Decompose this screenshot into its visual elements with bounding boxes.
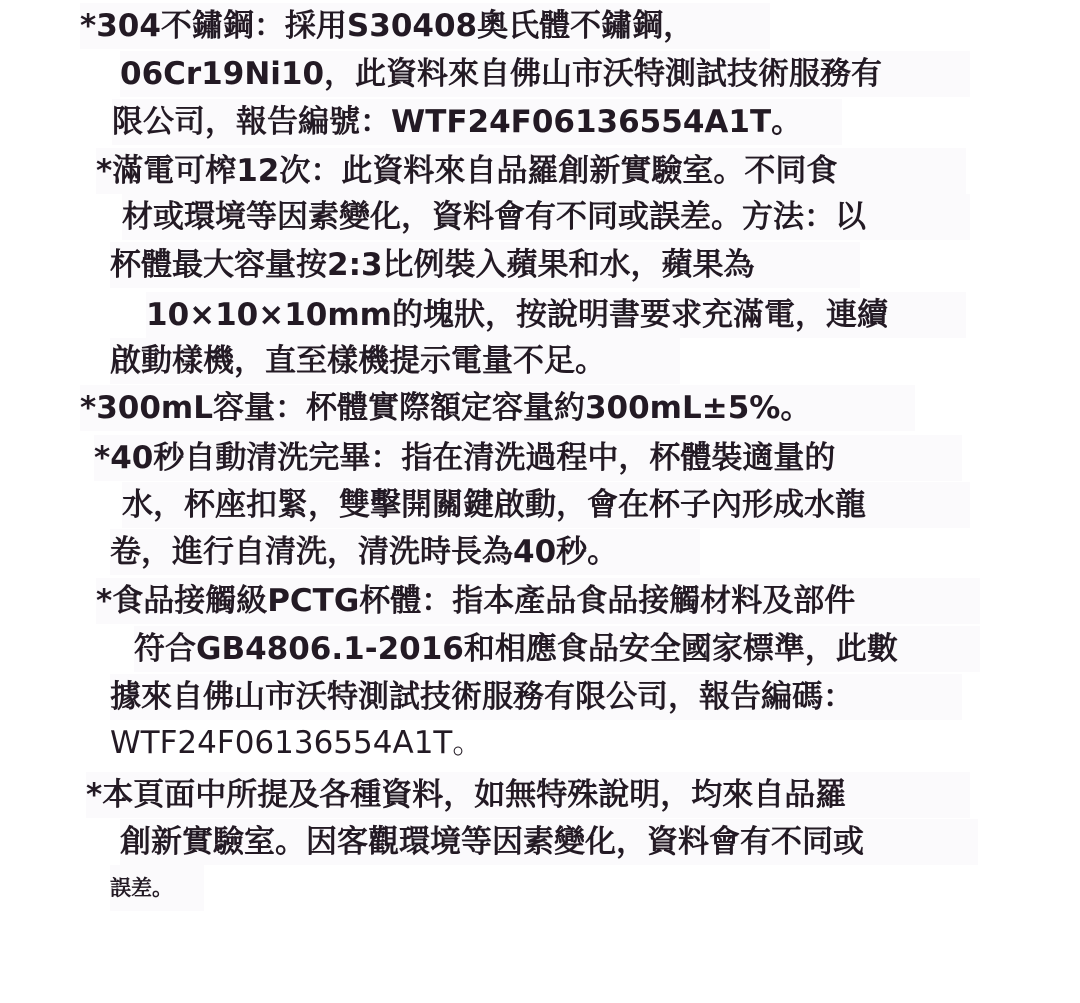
note-line: *40秒自動清洗完畢：指在清洗過程中，杯體裝適量的 xyxy=(94,435,962,481)
note-line: *304不鏽鋼：採用S30408奧氏體不鏽鋼， xyxy=(80,3,770,49)
note-line: 限公司，報告編號：WTF24F06136554A1T。 xyxy=(112,99,842,145)
note-line: 據來自佛山市沃特測試技術服務有限公司，報告編碼： xyxy=(110,674,962,720)
note-line: *滿電可榨12次：此資料來自品羅創新實驗室。不同食 xyxy=(96,148,966,194)
note-line: 創新實驗室。因客觀環境等因素變化，資料會有不同或 xyxy=(120,819,978,865)
note-line: WTF24F06136554A1T。 xyxy=(110,720,530,766)
note-line: 水，杯座扣緊，雙擊開關鍵啟動，會在杯子內形成水龍 xyxy=(122,482,970,528)
note-line: 啟動樣機，直至樣機提示電量不足。 xyxy=(110,338,680,384)
note-line: 10×10×10mm的塊狀，按說明書要求充滿電，連續 xyxy=(146,292,966,338)
note-line: 杯體最大容量按2:3比例裝入蘋果和水，蘋果為 xyxy=(110,242,860,288)
note-line: *食品接觸級PCTG杯體：指本產品食品接觸材料及部件 xyxy=(96,578,980,624)
note-line: *本頁面中所提及各種資料，如無特殊說明，均來自品羅 xyxy=(86,772,970,818)
note-line: 06Cr19Ni10，此資料來自佛山市沃特測試技術服務有 xyxy=(120,51,970,97)
note-line: 材或環境等因素變化，資料會有不同或誤差。方法：以 xyxy=(122,194,970,240)
note-line: 誤差。 xyxy=(110,865,204,911)
note-line: 符合GB4806.1-2016和相應食品安全國家標準，此數 xyxy=(134,626,980,672)
note-line: 卷，進行自清洗，清洗時長為40秒。 xyxy=(110,529,700,575)
note-line: *300mL容量：杯體實際額定容量約300mL±5%。 xyxy=(80,385,915,431)
